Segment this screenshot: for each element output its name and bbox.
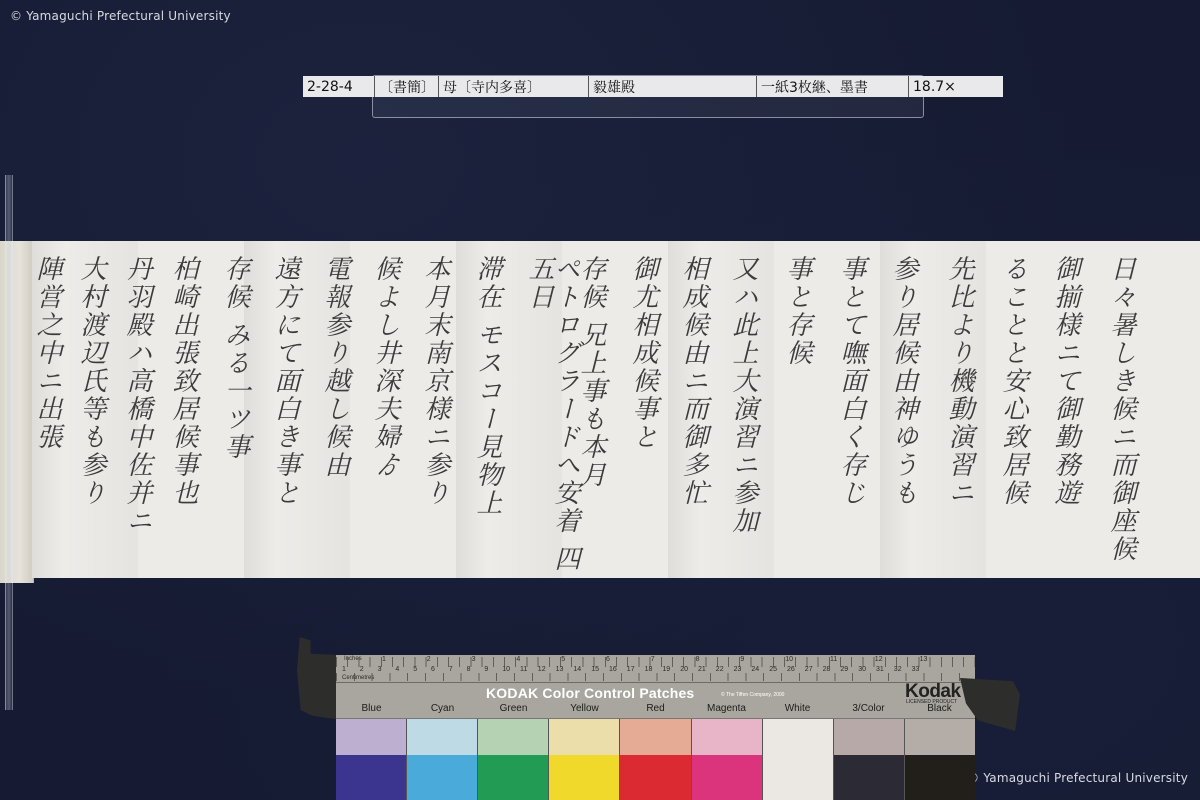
ruler-cm-number: 4 xyxy=(395,666,399,673)
copyright-watermark-top: © Yamaguchi Prefectural University xyxy=(10,9,231,23)
patch-label-blue: Blue xyxy=(336,703,407,717)
ruler-inch-number: 11 xyxy=(830,656,837,663)
ruler-cm-number: 21 xyxy=(698,666,706,673)
letter-line: 滞在 モスコー見物上 xyxy=(474,255,500,517)
ruler-cm-number: 26 xyxy=(787,666,795,673)
ruler-cm-number: 19 xyxy=(662,666,670,673)
letter-line: 御揃様ニて御勤務遊 xyxy=(1052,255,1078,507)
patch-label-magenta: Magenta xyxy=(691,703,762,717)
ruler-cm-number: 24 xyxy=(751,666,759,673)
ruler-cm-number: 9 xyxy=(484,666,488,673)
ruler-inch-number: 10 xyxy=(785,656,793,663)
letter-line: 日々暑しき候ニ而御座候 xyxy=(1108,255,1134,563)
ruler-inch-number: 9 xyxy=(740,656,744,663)
letter-line: ることと安心致居候 xyxy=(1000,255,1026,507)
card-copyright: © The Tiffen Company, 2000 xyxy=(721,692,784,698)
ruler-cm-number: 8 xyxy=(467,666,471,673)
card-title: KODAK Color Control Patches xyxy=(486,685,694,701)
patch-light xyxy=(620,719,690,755)
patch-column xyxy=(620,719,691,800)
patch-light xyxy=(692,719,762,755)
ruler-cm-number: 14 xyxy=(573,666,581,673)
patch-column xyxy=(336,719,407,800)
ruler-inch-number: 6 xyxy=(606,656,610,663)
letter-line: 相成候由ニ而御多忙 xyxy=(680,255,706,507)
ruler-cm-number: 29 xyxy=(840,666,848,673)
ruler-inch-number: 4 xyxy=(516,656,520,663)
letter-line: 存候 みる一ツ事 xyxy=(222,255,248,461)
patch-saturated xyxy=(620,755,690,800)
patch-light xyxy=(407,719,477,755)
ruler-cm-number: 1 xyxy=(342,666,346,673)
letter-line: 参り居候由神ゆうも xyxy=(890,255,916,507)
ruler-centimetres-label: Centimetres xyxy=(342,675,374,681)
patch-label-yellow: Yellow xyxy=(549,703,620,717)
letter-line: 存候 兄上事も本月 xyxy=(578,255,604,489)
patch-saturated xyxy=(834,755,904,800)
ruler-inch-number: 8 xyxy=(696,656,700,663)
ruler-inch-number: 2 xyxy=(427,656,431,663)
ruler-cm-number: 12 xyxy=(538,666,546,673)
patch-column xyxy=(763,719,834,800)
ruler-cm-number: 15 xyxy=(591,666,599,673)
patch-light xyxy=(763,719,833,800)
color-patches xyxy=(336,718,975,800)
patch-saturated xyxy=(478,755,548,800)
letter-line: 先比より機動演習ニ xyxy=(946,255,972,507)
patch-light xyxy=(549,719,619,755)
patch-label-white: White xyxy=(762,703,833,717)
patch-label-cyan: Cyan xyxy=(407,703,478,717)
patch-saturated xyxy=(692,755,762,800)
letter-line: 遠方にて面白き事と xyxy=(272,255,298,507)
letter-line: ペトログラードへ安着 四五日 xyxy=(526,255,578,578)
ruler-inches-label: Inches xyxy=(344,656,362,662)
patch-saturated xyxy=(549,755,619,800)
catalog-label-cell: 毅雄殿 xyxy=(589,76,757,97)
ruler-inch-number: 3 xyxy=(472,656,476,663)
patch-column xyxy=(905,719,975,800)
ruler-cm-number: 10 xyxy=(502,666,510,673)
patch-light xyxy=(336,719,406,755)
ruler-cm-number: 6 xyxy=(431,666,435,673)
letter-line: 事と存候 xyxy=(784,255,810,367)
patch-light xyxy=(478,719,548,755)
ruler-cm-number: 7 xyxy=(449,666,453,673)
patch-column xyxy=(834,719,905,800)
ruler-cm-number: 27 xyxy=(805,666,813,673)
catalog-label-cell: 18.7× xyxy=(909,76,1003,97)
ruler-inch-number: 12 xyxy=(875,656,883,663)
ruler-cm-number: 2 xyxy=(360,666,364,673)
ruler-cm-number: 13 xyxy=(556,666,564,673)
ruler-cm-number: 31 xyxy=(876,666,884,673)
ruler-cm-number: 17 xyxy=(627,666,635,673)
ruler-cm-number: 22 xyxy=(716,666,724,673)
kodak-color-card: Inches Centimetres 12345678910111213 123… xyxy=(336,655,975,800)
patch-column xyxy=(478,719,549,800)
letter-line: 丹羽殿ハ高橋中佐并ニ xyxy=(124,255,150,535)
patch-label-green: Green xyxy=(478,703,549,717)
letter-line: 御尤相成候事と xyxy=(630,255,656,451)
patch-saturated xyxy=(905,755,975,800)
glass-weight-rod xyxy=(5,175,13,710)
letter-line: 事とて嘸面白く存じ xyxy=(838,255,864,507)
patch-light xyxy=(905,719,975,755)
patch-label-red: Red xyxy=(620,703,691,717)
patch-label-black: Black xyxy=(904,703,975,717)
ruler-cm-number: 30 xyxy=(858,666,866,673)
copyright-watermark-bottom: © Yamaguchi Prefectural University xyxy=(967,771,1188,785)
ruler-cm-number: 16 xyxy=(609,666,617,673)
catalog-label-cell: 2-28-4 xyxy=(303,76,375,97)
ruler-cm-number: 11 xyxy=(520,666,527,673)
catalog-label: 2-28-4〔書簡〕母〔寺内多喜〕毅雄殿一紙3枚継、墨書18.7× xyxy=(303,76,1003,97)
patch-column xyxy=(692,719,763,800)
ruler-cm-number: 25 xyxy=(769,666,777,673)
ruler-inch-number: 13 xyxy=(920,656,928,663)
ruler-cm-number: 5 xyxy=(413,666,417,673)
letter-line: 又ハ此上大演習ニ参加 xyxy=(730,255,756,535)
patch-labels: BlueCyanGreenYellowRedMagentaWhite3/Colo… xyxy=(336,703,975,717)
patch-saturated xyxy=(336,755,406,800)
letter-line: 陣営之中ニ出張 xyxy=(34,255,60,451)
letter-line: 本月末南京様ニ参り xyxy=(422,255,448,507)
ruler-cm-number: 18 xyxy=(645,666,653,673)
patch-label-3-color: 3/Color xyxy=(833,703,904,717)
ruler: Inches Centimetres 12345678910111213 123… xyxy=(336,655,975,683)
ruler-cm-number: 28 xyxy=(823,666,831,673)
catalog-label-cell: 母〔寺内多喜〕 xyxy=(439,76,589,97)
patch-saturated xyxy=(407,755,477,800)
ruler-cm-number: 23 xyxy=(734,666,742,673)
ruler-inch-number: 5 xyxy=(561,656,565,663)
letter-line: 電報参り越し候由 xyxy=(322,255,348,479)
handwritten-letter: 日々暑しき候ニ而御座候御揃様ニて御勤務遊ることと安心致居候先比より機動演習ニ参り… xyxy=(32,241,1200,578)
patch-column xyxy=(549,719,620,800)
letter-line: 候よし井深夫婦ゟ xyxy=(372,255,398,479)
ruler-cm-number: 20 xyxy=(680,666,688,673)
catalog-label-cell: 一紙3枚継、墨書 xyxy=(757,76,909,97)
ruler-cm-number: 33 xyxy=(912,666,920,673)
ruler-inch-number: 7 xyxy=(651,656,655,663)
letter-line: 柏崎出張致居候事也 xyxy=(170,255,196,507)
patch-column xyxy=(407,719,478,800)
patch-light xyxy=(834,719,904,755)
catalog-label-cell: 〔書簡〕 xyxy=(375,76,439,97)
ruler-cm-number: 32 xyxy=(894,666,902,673)
ruler-cm-number: 3 xyxy=(378,666,382,673)
letter-line: 大村渡辺氏等も参り xyxy=(78,255,104,507)
ruler-inch-number: 1 xyxy=(382,656,386,663)
